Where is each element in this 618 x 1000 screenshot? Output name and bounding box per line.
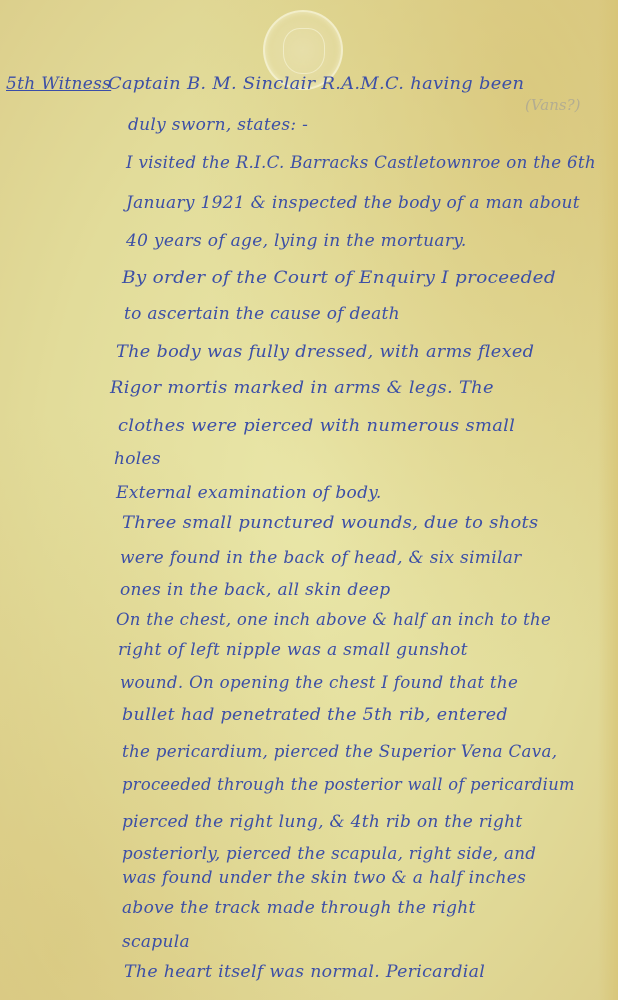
document-page: (Vans?) 5th Witness Captain B. M. Sincla… (0, 0, 618, 1000)
margin-note: (Vans?) (525, 96, 581, 114)
line-16: On the chest, one inch above & half an i… (116, 610, 551, 630)
line-19: bullet had penetrated the 5th rib, enter… (122, 705, 508, 725)
line-25: above the track made through the right (122, 898, 476, 918)
line-14: were found in the back of head, & six si… (120, 548, 522, 568)
line-18: wound. On opening the chest I found that… (120, 673, 518, 693)
line-15: ones in the back, all skin deep (120, 580, 390, 600)
line-11: holes (114, 449, 161, 469)
line-4: January 1921 & inspected the body of a m… (126, 193, 580, 213)
line-13: Three small punctured wounds, due to sho… (122, 513, 539, 533)
line-17: right of left nipple was a small gunshot (118, 640, 468, 660)
line-23: posteriorly, pierced the scapula, right … (122, 844, 536, 864)
line-10: clothes were pierced with numerous small (118, 416, 515, 436)
line-22: pierced the right lung, & 4th rib on the… (122, 812, 523, 832)
line-27: The heart itself was normal. Pericardial (124, 962, 485, 982)
paper-edge-shade (598, 0, 618, 1000)
witness-label: 5th Witness (6, 74, 111, 94)
line-26: scapula (122, 932, 190, 952)
line-7: to ascertain the cause of death (124, 304, 400, 324)
line-8: The body was fully dressed, with arms fl… (116, 342, 534, 362)
line-20: the pericardium, pierced the Superior Ve… (122, 742, 557, 762)
line-9: Rigor mortis marked in arms & legs. The (110, 378, 494, 398)
line-5: 40 years of age, lying in the mortuary. (126, 231, 467, 251)
line-2: duly sworn, states: - (128, 115, 308, 135)
line-1: Captain B. M. Sinclair R.A.M.C. having b… (108, 74, 524, 94)
line-3: I visited the R.I.C. Barracks Castletown… (126, 153, 596, 173)
line-12: External examination of body. (116, 483, 382, 503)
seal-crest (283, 28, 325, 74)
line-6: By order of the Court of Enquiry I proce… (122, 268, 556, 288)
line-21: proceeded through the posterior wall of … (122, 775, 575, 795)
line-24: was found under the skin two & a half in… (122, 868, 526, 888)
